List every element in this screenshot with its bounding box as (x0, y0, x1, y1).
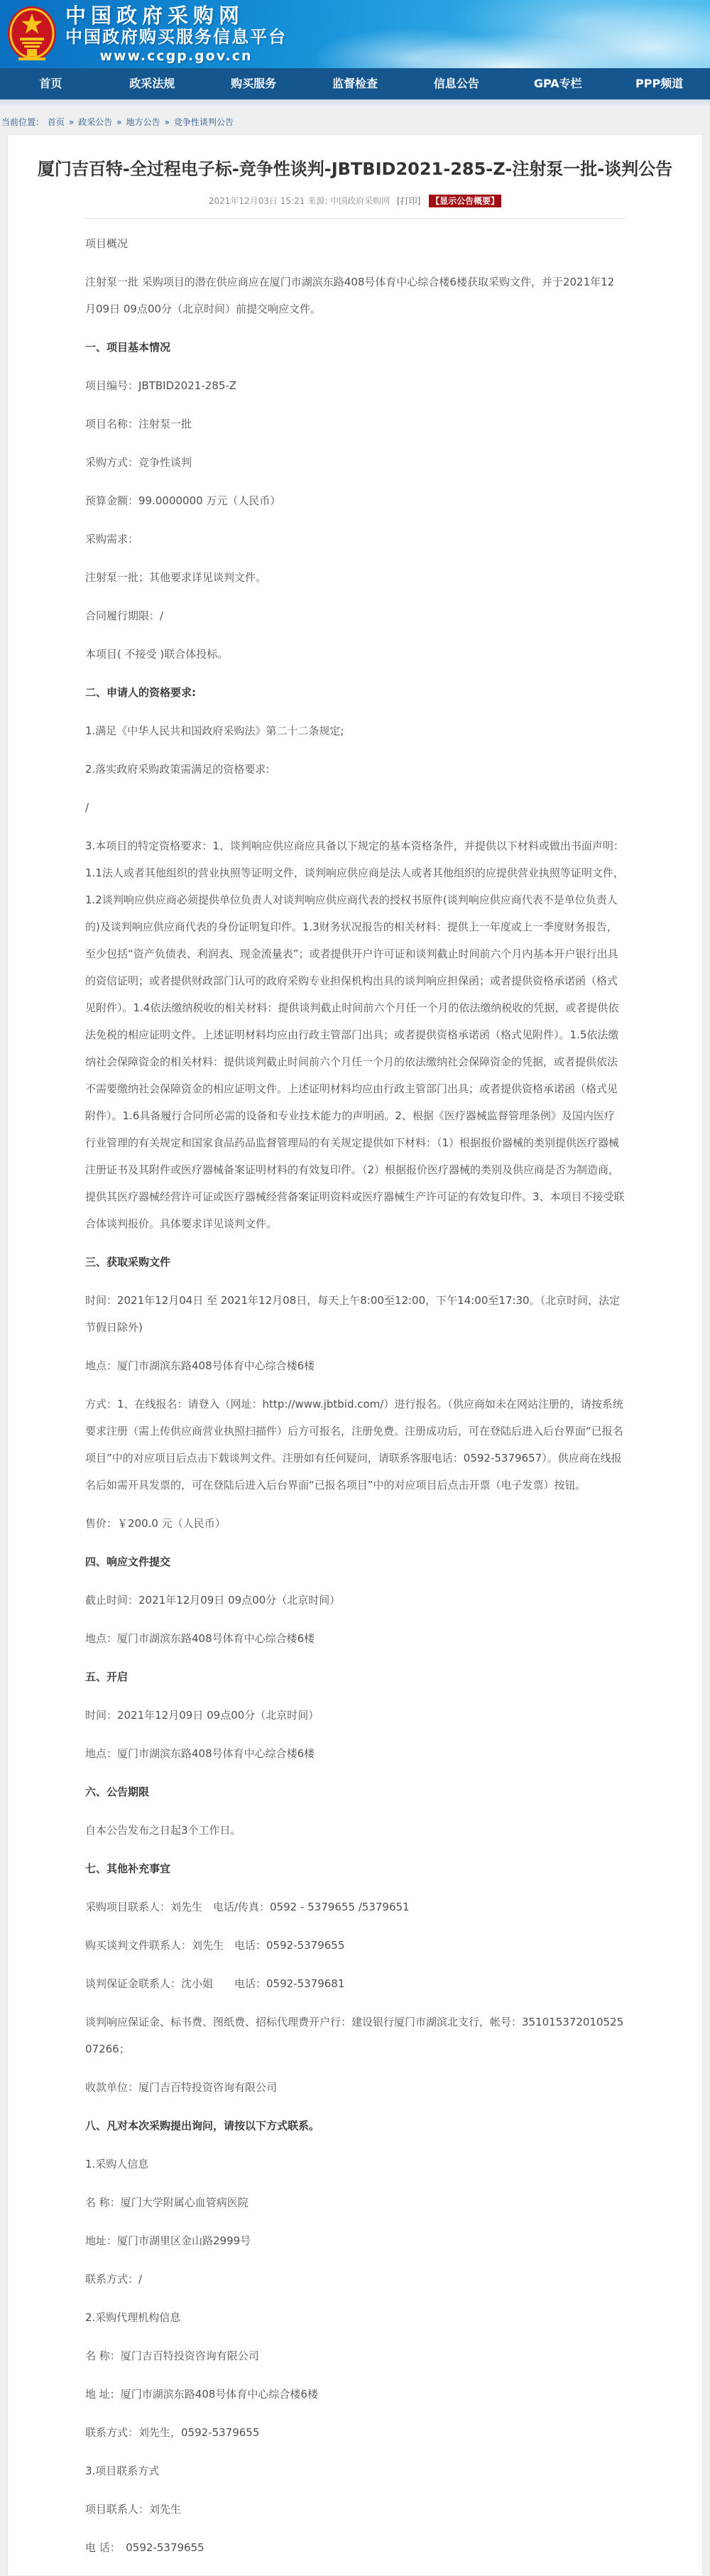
article-paragraph: 项目联系人：刘先生 (85, 2496, 625, 2523)
site-title: 中国政府采购网 (65, 4, 287, 27)
site-brand: 中国政府采购网 中国政府购买服务信息平台 www.ccgp.gov.cn (6, 4, 287, 65)
breadcrumb-link[interactable]: 地方公告 (126, 117, 160, 127)
article-paragraph: 3.本项目的特定资格要求：1、谈判响应供应商应具备以下规定的基本资格条件，并提供… (85, 832, 625, 1237)
article-paragraph: 地点：厦门市湖滨东路408号体育中心综合楼6楼 (85, 1352, 625, 1379)
content-card: 厦门吉百特-全过程电子标-竞争性谈判-JBTBID2021-285-Z-注射泵一… (7, 134, 703, 2576)
nav-item[interactable]: GPA专栏 (507, 68, 608, 99)
nav-item[interactable]: 购买服务 (203, 68, 305, 99)
section-heading: 八、凡对本次采购提出询问，请按以下方式联系。 (85, 2112, 625, 2139)
breadcrumb-separator: » (165, 117, 170, 127)
source-label: 来源: 中国政府采购网 (307, 196, 390, 206)
article-paragraph: 名 称：厦门大学附属心血管病医院 (85, 2189, 625, 2216)
article-paragraph: / (85, 794, 625, 821)
article-paragraph: 自本公告发布之日起3个工作日。 (85, 1817, 625, 1844)
article-paragraph: 地点：厦门市湖滨东路408号体育中心综合楼6楼 (85, 1625, 625, 1652)
article-paragraph: 方式：1、在线报名：请登入（网址：http://www.jbtbid.com/）… (85, 1391, 625, 1499)
main-nav: 首页政采法规购买服务监督检查信息公告GPA专栏PPP频道 (0, 68, 710, 99)
article-paragraph: 联系方式：/ (85, 2266, 625, 2293)
section-heading: 三、获取采购文件 (85, 1249, 625, 1276)
article-paragraph: 项目编号：JBTBID2021-285-Z (85, 372, 625, 399)
article-paragraph: 本项目( 不接受 )联合体投标。 (85, 641, 625, 668)
article-paragraph: 项目概况 (85, 230, 625, 257)
article-paragraph: 谈判响应保证金、标书费、图纸费、招标代理费开户行：建设银行厦门市湖滨北支行，帐号… (85, 2009, 625, 2063)
nav-item[interactable]: PPP频道 (608, 68, 710, 99)
article-paragraph: 联系方式：刘先生，0592-5379655 (85, 2419, 625, 2446)
breadcrumb-link[interactable]: 政采公告 (78, 117, 112, 127)
breadcrumb-label: 当前位置： (1, 117, 44, 127)
article-paragraph: 时间：2021年12月09日 09点00分（北京时间） (85, 1702, 625, 1729)
article-paragraph: 收款单位：厦门吉百特投资咨询有限公司 (85, 2074, 625, 2101)
page: 中国政府采购网 中国政府购买服务信息平台 www.ccgp.gov.cn 首页政… (0, 0, 710, 2576)
article-paragraph: 注射泵一批；其他要求详见谈判文件。 (85, 564, 625, 591)
section-heading: 七、其他补充事宜 (85, 1855, 625, 1882)
page-title: 厦门吉百特-全过程电子标-竞争性谈判-JBTBID2021-285-Z-注射泵一… (16, 158, 694, 180)
article-paragraph: 3.项目联系方式 (85, 2457, 625, 2484)
article-paragraph: 2.落实政府采购政策需满足的资格要求: (85, 756, 625, 783)
summary-toggle-badge[interactable]: 【显示公告概要】 (429, 195, 501, 207)
article-paragraph: 注射泵一批 采购项目的潜在供应商应在厦门市湖滨东路408号体育中心综合楼6楼获取… (85, 268, 625, 322)
nav-item[interactable]: 监督检查 (305, 68, 406, 99)
site-subtitle: 中国政府购买服务信息平台 (65, 27, 287, 47)
breadcrumb-current: 竞争性谈判公告 (174, 117, 234, 127)
section-heading: 一、项目基本情况 (85, 334, 625, 361)
article-paragraph: 采购方式：竞争性谈判 (85, 449, 625, 476)
article-paragraph: 合同履行期限：/ (85, 602, 625, 629)
print-link[interactable]: [打印] (397, 196, 420, 206)
article-paragraph: 预算金额：99.0000000 万元（人民币） (85, 487, 625, 514)
article-paragraph: 1.满足《中华人民共和国政府采购法》第二十二条规定; (85, 717, 625, 744)
breadcrumb: 当前位置： 首页»政采公告»地方公告»竞争性谈判公告 (0, 107, 710, 134)
title-divider (84, 218, 626, 219)
article-paragraph: 售价：￥200.0 元（人民币） (85, 1510, 625, 1537)
article-meta: 2021年12月03日 15:21 来源: 中国政府采购网 [打印] 【显示公告… (8, 195, 702, 207)
section-heading: 二、申请人的资格要求: (85, 679, 625, 706)
breadcrumb-separator: » (116, 117, 121, 127)
section-heading: 六、公告期限 (85, 1778, 625, 1805)
article-paragraph: 时间：2021年12月04日 至 2021年12月08日，每天上午8:00至12… (85, 1287, 625, 1341)
nav-item[interactable]: 政采法规 (102, 68, 203, 99)
article-paragraph: 采购项目联系人：刘先生 电话/传真：0592 - 5379655 /537965… (85, 1893, 625, 1920)
article-paragraph: 电 话： 0592-5379655 (85, 2534, 625, 2561)
article-paragraph: 名 称：厦门吉百特投资咨询有限公司 (85, 2342, 625, 2369)
brand-text: 中国政府采购网 中国政府购买服务信息平台 www.ccgp.gov.cn (65, 4, 287, 65)
nav-fade-divider (0, 99, 710, 107)
nav-item[interactable]: 信息公告 (405, 68, 507, 99)
section-heading: 五、开启 (85, 1663, 625, 1690)
article-body: 项目概况注射泵一批 采购项目的潜在供应商应在厦门市湖滨东路408号体育中心综合楼… (85, 230, 625, 2561)
breadcrumb-link[interactable]: 首页 (48, 117, 65, 127)
national-emblem-icon (6, 5, 58, 65)
publish-datetime: 2021年12月03日 15:21 (209, 196, 305, 206)
site-url: www.ccgp.gov.cn (65, 47, 287, 65)
article-paragraph: 地点：厦门市湖滨东路408号体育中心综合楼6楼 (85, 1740, 625, 1767)
article-paragraph: 地址：厦门市湖里区金山路2999号 (85, 2227, 625, 2254)
article-paragraph: 2.采购代理机构信息 (85, 2304, 625, 2331)
article-paragraph: 购买谈判文件联系人：刘先生 电话：0592-5379655 (85, 1932, 625, 1959)
site-header: 中国政府采购网 中国政府购买服务信息平台 www.ccgp.gov.cn (0, 0, 710, 68)
nav-item[interactable]: 首页 (0, 68, 102, 99)
article-paragraph: 截止时间：2021年12月09日 09点00分（北京时间） (85, 1587, 625, 1614)
article-paragraph: 采购需求： (85, 526, 625, 553)
article-paragraph: 1.采购人信息 (85, 2151, 625, 2178)
section-heading: 四、响应文件提交 (85, 1548, 625, 1575)
article-paragraph: 地 址：厦门市湖滨东路408号体育中心综合楼6楼 (85, 2381, 625, 2408)
article-paragraph: 项目名称：注射泵一批 (85, 411, 625, 438)
breadcrumb-separator: » (69, 117, 74, 127)
article-paragraph: 谈判保证金联系人：沈小姐 电话：0592-5379681 (85, 1970, 625, 1997)
